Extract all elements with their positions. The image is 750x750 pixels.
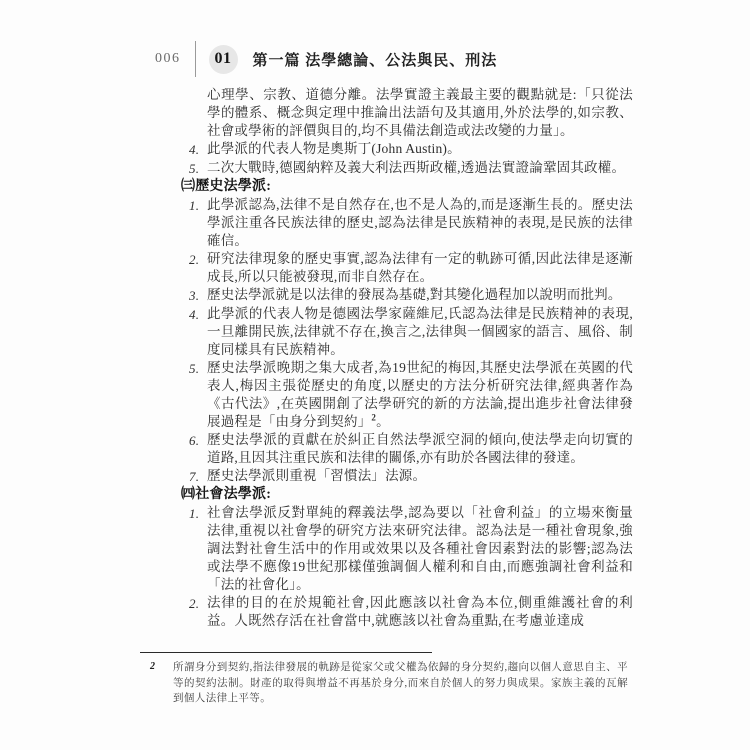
list-item: 1. 社會法學派反對單純的釋義法學,認為要以「社會利益」的立場來衡量法律,重視以… [189,504,633,594]
body-text: 心理學、宗教、道德分離。法學實證主義最主要的觀點就是:「只從法學的體系、概念與定… [181,86,633,630]
list-item-text: 研究法律現象的歷史事實,認為法律有一定的軌跡可循,因此法律是逐漸成長,所以只能被… [207,250,633,286]
list-item-number: 4. [189,305,207,359]
list-item-number: 2. [189,594,207,630]
list-item: 5. 歷史法學派晚期之集大成者,為19世紀的梅因,其歷史法學派在英國的代表人,梅… [189,359,633,431]
historical-school-list: 1. 此學派認為,法律不是自然存在,也不是人為的,而是逐漸生長的。歷史法學派注重… [181,196,633,486]
list-item-number: 4. [189,140,207,159]
list-item-number: 5. [189,159,207,178]
list-item-text: 此學派的代表人物是德國法學家薩維尼,氏認為法律是民族精神的表現,一旦離開民族,法… [207,305,633,359]
list-item-number: 3. [189,286,207,305]
list-item-text: 此學派的代表人物是奧斯丁(John Austin)。 [207,140,633,159]
sociological-school-list: 1. 社會法學派反對單純的釋義法學,認為要以「社會利益」的立場來衡量法律,重視以… [181,504,633,630]
header-divider [195,41,196,77]
footnote-rule [140,652,432,653]
section-heading-sociological-school: ㈣社會法學派: [181,486,633,504]
section-heading-historical-school: ㈢歷史法學派: [181,178,633,196]
list-item-number: 5. [189,359,207,431]
page-number: 006 [155,51,181,67]
footnote: 2 所謂身分到契約,指法律發展的軌跡是從家父或父權為依歸的身分契約,趨向以個人意… [150,660,628,707]
list-item-text: 歷史法學派晚期之集大成者,為19世紀的梅因,其歷史法學派在英國的代表人,梅因主張… [207,359,633,431]
list-item-text: 法律的目的在於規範社會,因此應該以社會為本位,側重維護社會的利益。人既然存活在社… [207,594,633,630]
list-item: 1. 此學派認為,法律不是自然存在,也不是人為的,而是逐漸生長的。歷史法學派注重… [189,196,633,250]
list-item-text-part: 。 [376,414,390,429]
list-item: 2. 研究法律現象的歷史事實,認為法律有一定的軌跡可循,因此法律是逐漸成長,所以… [189,250,633,286]
list-item: 3. 歷史法學派就是以法律的發展為基礎,對其變化過程加以說明而批判。 [189,286,633,305]
list-item: 4. 此學派的代表人物是德國法學家薩維尼,氏認為法律是民族精神的表現,一旦離開民… [189,305,633,359]
list-item-number: 2. [189,250,207,286]
list-item-text: 歷史法學派則重視「習慣法」法源。 [207,467,633,486]
list-item-text: 歷史法學派就是以法律的發展為基礎,對其變化過程加以說明而批判。 [207,286,633,305]
list-item-text: 二次大戰時,德國納粹及義大利法西斯政權,透過法實證論鞏固其政權。 [207,159,633,178]
list-item: 6. 歷史法學派的貢獻在於糾正自然法學派空洞的傾向,使法學走向切實的道路,且因其… [189,431,633,467]
list-item-text: 歷史法學派的貢獻在於糾正自然法學派空洞的傾向,使法學走向切實的道路,且因其注重民… [207,431,633,467]
positivism-list: 4. 此學派的代表人物是奧斯丁(John Austin)。 5. 二次大戰時,德… [181,140,633,178]
list-item-number: 1. [189,504,207,594]
list-item: 4. 此學派的代表人物是奧斯丁(John Austin)。 [189,140,633,159]
chapter-number-badge: 01 [209,45,238,74]
footnote-text: 所謂身分到契約,指法律發展的軌跡是從家父或父權為依歸的身分契約,趨向以個人意思自… [173,660,628,707]
footnote-marker: 2 [150,660,173,707]
list-item-number: 6. [189,431,207,467]
page-header: 006 01 第一篇 法學總論、公法與民、刑法 [155,40,497,78]
list-item: 7. 歷史法學派則重視「習慣法」法源。 [189,467,633,486]
list-item-text-part: 歷史法學派晚期之集大成者,為19世紀的梅因,其歷史法學派在英國的代表人,梅因主張… [207,360,633,429]
list-item-text: 此學派認為,法律不是自然存在,也不是人為的,而是逐漸生長的。歷史法學派注重各民族… [207,196,633,250]
list-item-number: 7. [189,467,207,486]
chapter-title: 第一篇 法學總論、公法與民、刑法 [253,49,498,70]
list-item-text: 社會法學派反對單純的釋義法學,認為要以「社會利益」的立場來衡量法律,重視以社會學… [207,504,633,594]
book-page: 006 01 第一篇 法學總論、公法與民、刑法 心理學、宗教、道德分離。法學實證… [0,0,750,750]
continued-paragraph: 心理學、宗教、道德分離。法學實證主義最主要的觀點就是:「只從法學的體系、概念與定… [207,86,633,140]
list-item-number: 1. [189,196,207,250]
list-item: 2. 法律的目的在於規範社會,因此應該以社會為本位,側重維護社會的利益。人既然存… [189,594,633,630]
list-item: 5. 二次大戰時,德國納粹及義大利法西斯政權,透過法實證論鞏固其政權。 [189,159,633,178]
